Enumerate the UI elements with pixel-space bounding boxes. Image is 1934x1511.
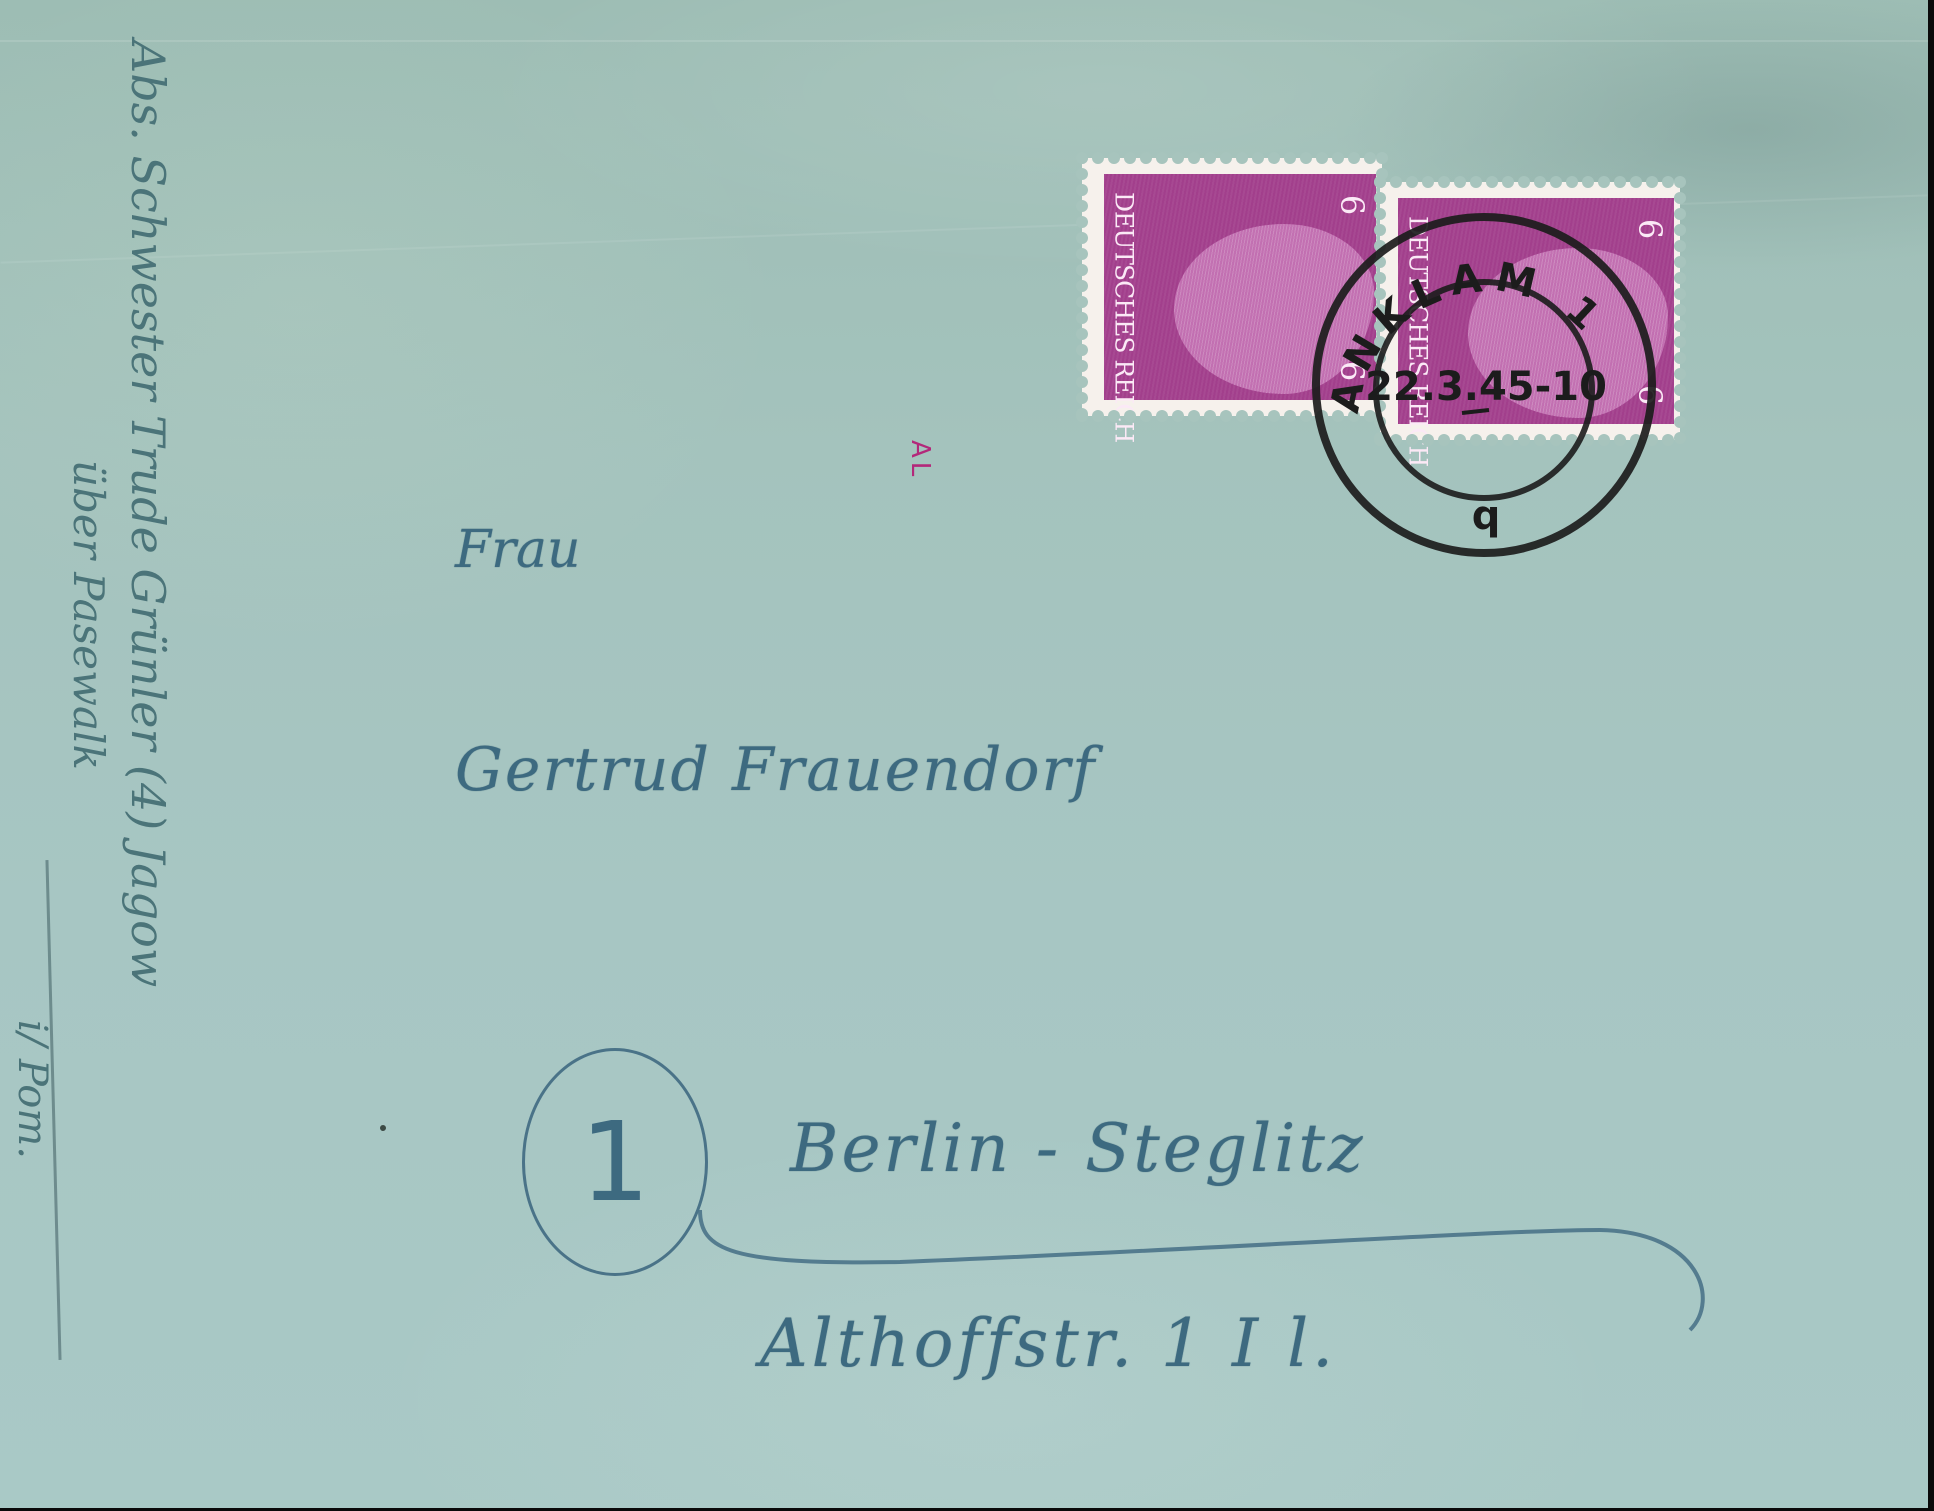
ink-speck [380,1125,386,1131]
envelope: Abs. Schwester Trude Grünler (4) Jagow ü… [0,0,1928,1508]
postmark-date: 22.3.45-10 [1365,364,1607,410]
recipient-name: Gertrud Frauendorf [455,735,1096,805]
postal-district-circle: 1 [522,1048,708,1276]
recipient-street: Althoffstr. 1 I l. [760,1305,1337,1382]
postmark-code: b [1472,497,1501,543]
paper-crease [0,40,1928,42]
stamp-country-text: DEUTSCHES REICH [1106,192,1142,392]
sender-line-1: Abs. Schwester Trude Grünler (4) Jagow [121,40,175,987]
recipient-city: Berlin - Steglitz [790,1110,1366,1187]
postmark-cancellation: ANKLAM 1 22.3.45-10 b [1264,185,1664,585]
handling-mark: AL [905,440,935,480]
sender-line-2: über Pasewalk [64,460,113,770]
sender-line-3: i/ Pom. [9,1020,55,1159]
postal-district-number: 1 [580,1098,650,1226]
recipient-salutation: Frau [455,520,580,580]
sender-block: Abs. Schwester Trude Grünler (4) Jagow ü… [5,40,175,1420]
